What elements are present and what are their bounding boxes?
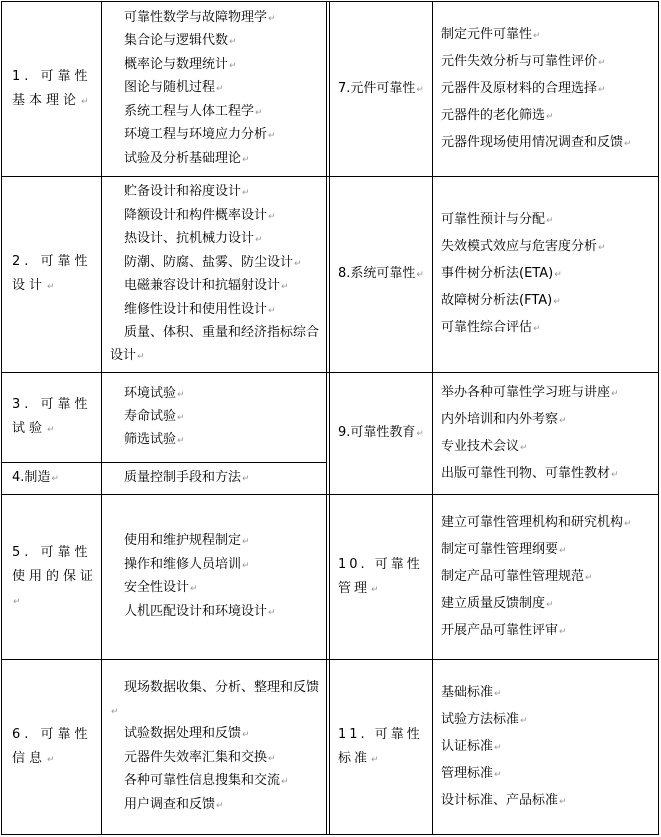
list-item: 试验方法标准↵: [441, 707, 567, 734]
list-item: 筛选试验↵: [124, 429, 185, 452]
list-item: 图论与随机过程↵: [124, 77, 276, 101]
category-items-reliability-design: 贮备设计和裕度设计↵ 降额设计和构件概率设计↵ 热设计、抗机械力设计↵ 防潮、防…: [102, 177, 326, 372]
list-item: 开展产品可靠性评审↵: [441, 618, 632, 645]
list-item: 出版可靠性刊物、可靠性教材↵: [441, 461, 619, 488]
list-item: 质量、体积、重量和经济指标综合设计↵: [110, 322, 322, 368]
list-item: 人机匹配设计和环境设计↵: [124, 601, 276, 625]
list-item: 制定可靠性管理纲要↵: [441, 537, 632, 564]
list-item: 试验及分析基础理论↵: [124, 148, 276, 172]
paragraph-mark: ↵: [416, 85, 424, 95]
list-item: 试验数据处理和反馈↵: [110, 723, 322, 747]
category-items-basic-theory: 可靠性数学与故障物理学↵ 集合论与逻辑代数↵ 概率论与数理统计↵ 图论与随机过程…: [102, 2, 326, 176]
category-label-reliability-information: 6. 可靠性信息↵: [2, 660, 101, 834]
list-item: 事件树分析法(ETA)↵: [441, 261, 606, 288]
list-item: 贮备设计和裕度设计↵: [110, 181, 322, 205]
list-item: 失效模式效应与危害度分析↵: [441, 234, 606, 261]
list-item: 集合论与逻辑代数↵: [124, 30, 276, 54]
category-label-reliability-standards: 11. 可靠性标准↵: [330, 660, 432, 834]
list-item: 寿命试验↵: [124, 406, 185, 429]
list-item: 专业技术会议↵: [441, 434, 619, 461]
list-item: 用户调查和反馈↵: [110, 794, 322, 818]
list-item: 质量控制手段和方法↵: [124, 467, 250, 491]
paragraph-mark: ↵: [371, 585, 382, 595]
category-label-reliability-education: 9.可靠性教育↵: [330, 373, 432, 494]
list-item: 降额设计和构件概率设计↵: [110, 205, 322, 229]
category-items-reliability-standards: 基础标准↵ 试验方法标准↵ 认证标准↵ 管理标准↵ 设计标准、产品标准↵: [433, 660, 658, 834]
category-label-basic-theory: 1. 可靠性基本理论↵: [2, 2, 101, 176]
list-item: 维修性设计和使用性设计↵: [110, 299, 322, 323]
table-border-bottom: [1, 834, 659, 835]
list-item: 使用和维护规程制定↵: [124, 530, 276, 554]
category-items-reliability-testing: 环境试验↵ 寿命试验↵ 筛选试验↵: [102, 373, 326, 462]
paragraph-mark: ↵: [51, 474, 59, 484]
list-item: 故障树分析法(FTA)↵: [441, 288, 606, 315]
category-items-component-reliability: 制定元件可靠性↵ 元件失效分析与可靠性评价↵ 元器件及原材料的合理选择↵ 元器件…: [433, 2, 658, 176]
paragraph-mark: ↵: [47, 282, 59, 292]
list-item: 元器件的老化筛选↵: [441, 103, 632, 130]
category-label-reliability-testing: 3. 可靠性试验↵: [2, 373, 101, 462]
list-item: 防潮、防腐、盐雾、防尘设计↵: [110, 252, 322, 276]
list-item: 建立可靠性管理机构和研究机构↵: [441, 510, 632, 537]
list-item: 制定产品可靠性管理规范↵: [441, 564, 632, 591]
paragraph-mark: ↵: [81, 97, 93, 107]
category-items-reliability-management: 建立可靠性管理机构和研究机构↵ 制定可靠性管理纲要↵ 制定产品可靠性管理规范↵ …: [433, 495, 658, 659]
category-label-manufacturing: 4.制造↵: [2, 463, 101, 494]
list-item: 元器件失效率汇集和交换↵: [110, 747, 322, 771]
list-item: 元器件现场使用情况调查和反馈↵: [441, 130, 632, 157]
category-items-reliability-education: 举办各种可靠性学习班与讲座↵ 内外培训和内外考察↵ 专业技术会议↵ 出版可靠性刊…: [433, 373, 658, 494]
list-item: 元件失效分析与可靠性评价↵: [441, 49, 632, 76]
category-items-manufacturing: 质量控制手段和方法↵: [102, 463, 326, 494]
paragraph-mark: ↵: [47, 755, 59, 765]
list-item: 可靠性数学与故障物理学↵: [124, 7, 276, 31]
paragraph-mark: ↵: [416, 429, 424, 439]
paragraph-mark: ↵: [371, 755, 382, 765]
list-item: 制定元件可靠性↵: [441, 22, 632, 49]
category-label-usage-assurance: 5. 可靠性使用的保证↵: [2, 495, 101, 659]
list-item: 内外培训和内外考察↵: [441, 407, 619, 434]
list-item: 认证标准↵: [441, 734, 567, 761]
table-divider-double-a: [326, 1, 327, 835]
list-item: 建立质量反馈制度↵: [441, 591, 632, 618]
list-item: 元器件及原材料的合理选择↵: [441, 76, 632, 103]
list-item: 各种可靠性信息搜集和交流↵: [110, 770, 322, 794]
list-item: 系统工程与人体工程学↵: [124, 101, 276, 125]
list-item: 可靠性综合评估↵: [441, 315, 606, 342]
paragraph-mark: ↵: [47, 425, 59, 435]
list-item: 安全性设计↵: [124, 577, 276, 601]
category-label-reliability-management: 10. 可靠性管理↵: [330, 495, 432, 659]
list-item: 基础标准↵: [441, 680, 567, 707]
category-label-system-reliability: 8.系统可靠性↵: [330, 177, 432, 372]
list-item: 举办各种可靠性学习班与讲座↵: [441, 380, 619, 407]
list-item: 设计标准、产品标准↵: [441, 788, 567, 815]
list-item: 管理标准↵: [441, 761, 567, 788]
list-item: 电磁兼容设计和抗辐射设计↵: [110, 275, 322, 299]
paragraph-mark: ↵: [416, 270, 424, 280]
category-items-system-reliability: 可靠性预计与分配↵ 失效模式效应与危害度分析↵ 事件树分析法(ETA)↵ 故障树…: [433, 177, 658, 372]
list-item: 现场数据收集、分析、整理和反馈↵: [110, 677, 322, 723]
category-label-component-reliability: 7.元件可靠性↵: [330, 2, 432, 176]
list-item: 概率论与数理统计↵: [124, 54, 276, 78]
paragraph-mark: ↵: [13, 597, 25, 607]
list-item: 环境工程与环境应力分析↵: [124, 124, 276, 148]
category-label-reliability-design: 2. 可靠性设计↵: [2, 177, 101, 372]
list-item: 可靠性预计与分配↵: [441, 207, 606, 234]
category-items-usage-assurance: 使用和维护规程制定↵ 操作和维修人员培训↵ 安全性设计↵ 人机匹配设计和环境设计…: [102, 495, 326, 659]
category-items-reliability-information: 现场数据收集、分析、整理和反馈↵ 试验数据处理和反馈↵ 元器件失效率汇集和交换↵…: [102, 660, 326, 834]
list-item: 操作和维修人员培训↵: [124, 554, 276, 578]
list-item: 热设计、抗机械力设计↵: [110, 228, 322, 252]
table-border-right: [658, 1, 659, 835]
list-item: 环境试验↵: [124, 383, 185, 406]
